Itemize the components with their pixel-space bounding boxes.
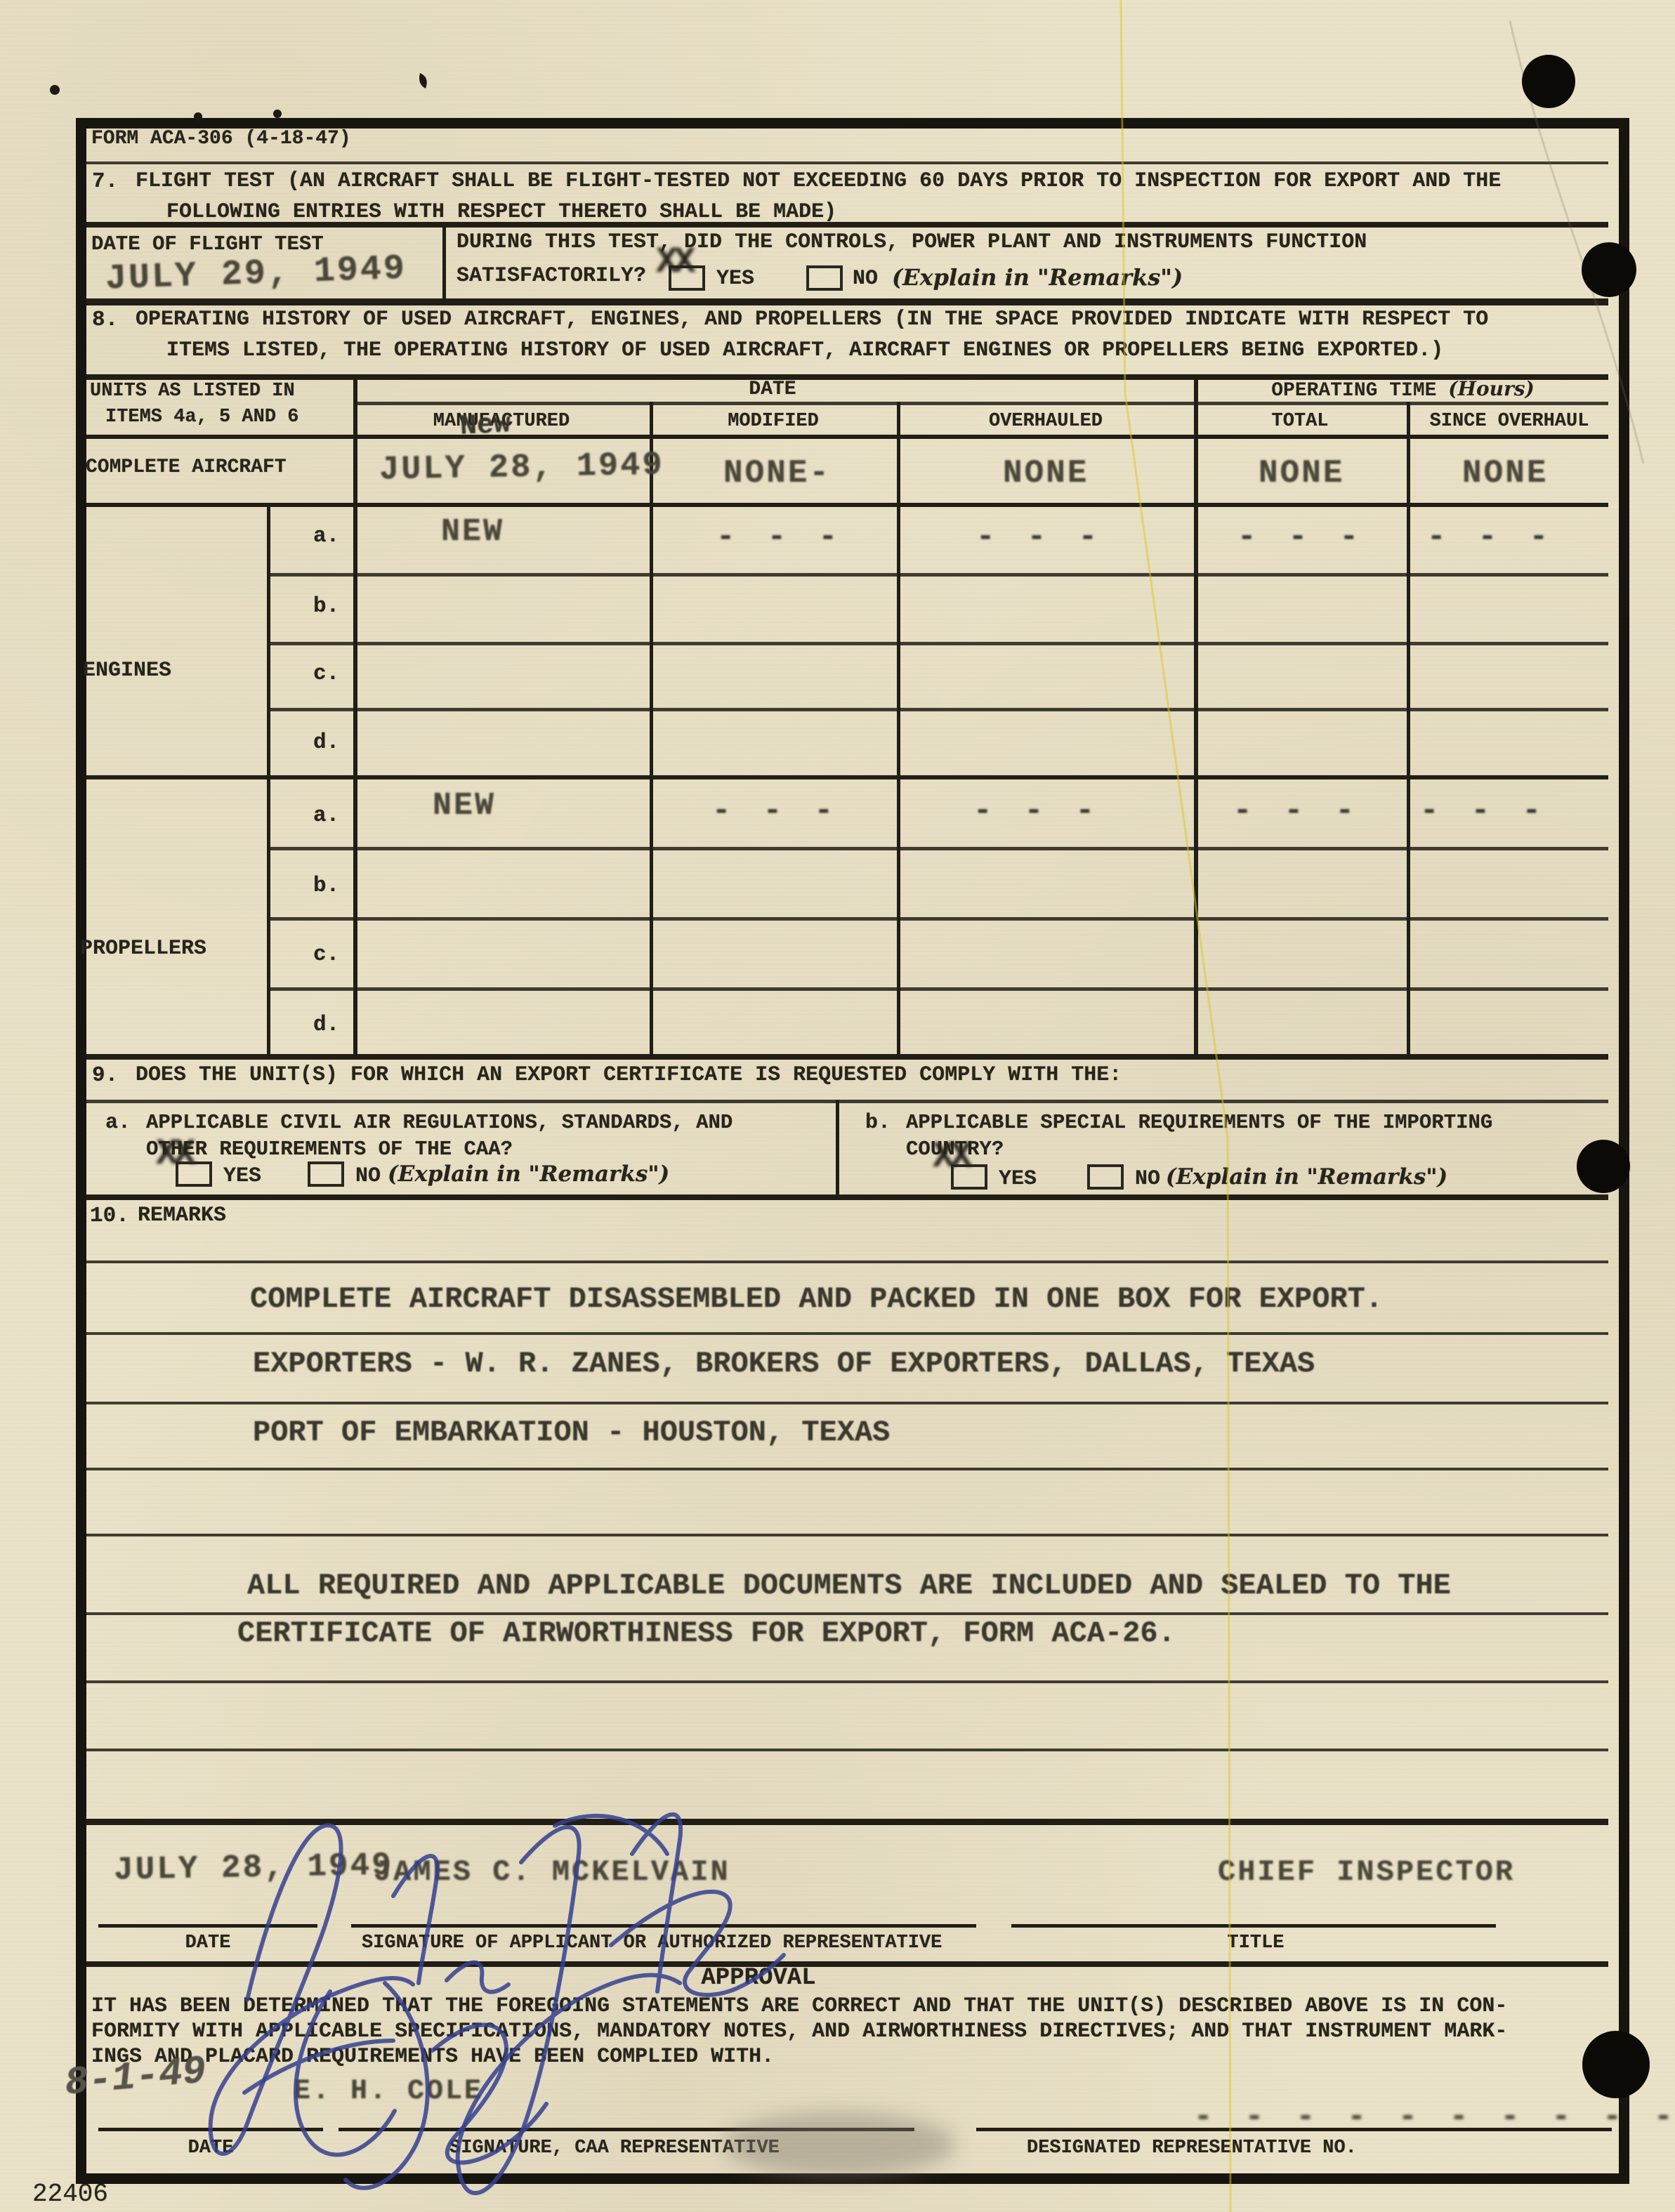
engines-a-total-value[interactable]: - - - bbox=[1237, 520, 1365, 555]
flight-test-explain-note: (Explain in "Remarks") bbox=[892, 264, 1183, 291]
applicant-title-label: TITLE bbox=[1227, 1933, 1284, 1954]
engines-group-label: ENGINES bbox=[83, 659, 171, 683]
section7-number: 7. bbox=[92, 169, 118, 194]
section9-number: 9. bbox=[92, 1063, 118, 1088]
rule bbox=[353, 402, 1608, 405]
designated-rep-label: DESIGNATED REPRESENTATIVE NO. bbox=[1027, 2138, 1357, 2159]
ruled-line bbox=[86, 1468, 1608, 1470]
cell-divider bbox=[442, 222, 446, 298]
complete-aircraft-manufactured-value[interactable]: JULY 28, 1949 bbox=[379, 447, 665, 489]
flight-test-yes-label: YES bbox=[716, 267, 754, 291]
approval-paragraph-line1: IT HAS BEEN DETERMINED THAT THE FOREGOIN… bbox=[91, 1994, 1507, 2018]
section9a-no-label: NO bbox=[355, 1164, 381, 1188]
section9a-yes-label: YES bbox=[223, 1164, 261, 1188]
engines-row-c-letter: c. bbox=[313, 661, 339, 686]
caa-representative-name-typed: E. H. COLE bbox=[294, 2076, 483, 2107]
section9b-no-label: NO bbox=[1135, 1167, 1160, 1191]
complete-aircraft-label: COMPLETE AIRCRAFT bbox=[86, 456, 287, 478]
applicant-date-label: DATE bbox=[185, 1933, 231, 1954]
propellers-a-manufactured-value[interactable]: NEW bbox=[433, 788, 496, 824]
col-divider-modified bbox=[897, 402, 900, 1058]
serial-number: 22406 bbox=[32, 2180, 108, 2208]
complete-aircraft-new-note: New bbox=[459, 409, 511, 443]
section8-number: 8. bbox=[92, 308, 118, 332]
complete-aircraft-modified-value[interactable]: NONE- bbox=[723, 455, 831, 492]
propellers-row-c-letter: c. bbox=[313, 942, 339, 967]
rule bbox=[86, 435, 1608, 439]
flight-test-no-label: NO bbox=[853, 267, 878, 291]
applicant-name-typed: JAMES C. MCKELVAIN bbox=[374, 1855, 730, 1889]
engines-a-since-value[interactable]: - - - bbox=[1427, 520, 1555, 555]
propellers-a-overhauled-value[interactable]: - - - bbox=[973, 794, 1101, 829]
propellers-row-b-letter: b. bbox=[313, 874, 339, 898]
since-overhaul-header: SINCE OVERHAUL bbox=[1430, 411, 1589, 432]
col-divider-manufactured bbox=[650, 402, 653, 1058]
propellers-row-a-letter: a. bbox=[313, 803, 339, 828]
flight-test-date-label: DATE OF FLIGHT TEST bbox=[91, 232, 324, 256]
approval-heading: APPROVAL bbox=[701, 1965, 815, 1992]
rule bbox=[86, 1961, 1608, 1967]
section10-label: REMARKS bbox=[138, 1204, 226, 1227]
section9-divider bbox=[836, 1100, 839, 1196]
ink-speck bbox=[419, 73, 427, 88]
flight-test-no-checkbox[interactable] bbox=[806, 265, 843, 291]
engines-row-a-letter: a. bbox=[313, 524, 339, 548]
ink-speck bbox=[50, 85, 60, 95]
ruled-line bbox=[86, 1332, 1608, 1335]
approval-date-label: DATE bbox=[188, 2138, 234, 2159]
hours-label: (Hours) bbox=[1448, 377, 1535, 400]
section9b-yes-checkbox[interactable] bbox=[951, 1164, 987, 1190]
col-divider-date-optime bbox=[1194, 374, 1198, 1058]
section9a-text-line2: OTHER REQUIREMENTS OF THE CAA? bbox=[146, 1138, 513, 1161]
engines-a-manufactured-value[interactable]: NEW bbox=[441, 514, 504, 550]
remarks-line4[interactable]: ALL REQUIRED AND APPLICABLE DOCUMENTS AR… bbox=[247, 1569, 1451, 1602]
total-header: TOTAL bbox=[1271, 411, 1328, 432]
propellers-row-d-letter: d. bbox=[313, 1013, 339, 1037]
rule bbox=[86, 1819, 1608, 1825]
ink-speck bbox=[273, 110, 282, 118]
scanned-form-aca-306: FORM ACA-306 (4-18-47) 7. FLIGHT TEST (A… bbox=[0, 0, 1675, 2212]
ruled-line bbox=[86, 1680, 1608, 1683]
section9b-yes-label: YES bbox=[999, 1167, 1037, 1191]
section10-number: 10. bbox=[90, 1204, 129, 1228]
section7-title-line2: FOLLOWING ENTRIES WITH RESPECT THERETO S… bbox=[166, 200, 836, 224]
date-header: DATE bbox=[749, 378, 796, 400]
rule bbox=[86, 298, 1608, 305]
section9b-text-line1: APPLICABLE SPECIAL REQUIREMENTS OF THE I… bbox=[906, 1111, 1492, 1134]
designated-rep-line[interactable] bbox=[976, 2128, 1612, 2131]
remarks-line2[interactable]: EXPORTERS - W. R. ZANES, BROKERS OF EXPO… bbox=[253, 1347, 1315, 1381]
section9-title: DOES THE UNIT(S) FOR WHICH AN EXPORT CER… bbox=[136, 1063, 1122, 1087]
complete-aircraft-overhauled-value[interactable]: NONE bbox=[1003, 455, 1089, 492]
section9a-explain-note: (Explain in "Remarks") bbox=[388, 1161, 669, 1187]
engines-a-modified-value[interactable]: - - - bbox=[716, 520, 844, 555]
section7-title-line1: FLIGHT TEST (AN AIRCRAFT SHALL BE FLIGHT… bbox=[136, 169, 1501, 193]
remarks-line3[interactable]: PORT OF EMBARKATION - HOUSTON, TEXAS bbox=[253, 1416, 890, 1449]
applicant-title-value[interactable]: CHIEF INSPECTOR bbox=[1218, 1855, 1515, 1889]
units-header-line1: UNITS AS LISTED IN bbox=[90, 381, 295, 402]
title-signature-line[interactable] bbox=[1011, 1924, 1496, 1928]
table-bottom-rule bbox=[86, 1054, 1608, 1060]
scan-smudge bbox=[723, 2112, 955, 2177]
engines-row-d-letter: d. bbox=[313, 730, 339, 755]
modified-header: MODIFIED bbox=[728, 411, 819, 432]
approval-date-line[interactable] bbox=[98, 2128, 323, 2131]
form-number: FORM ACA-306 (4-18-47) bbox=[91, 128, 351, 150]
rule bbox=[86, 775, 1608, 779]
propellers-a-total-value[interactable]: - - - bbox=[1233, 794, 1361, 829]
section9b-no-checkbox[interactable] bbox=[1087, 1164, 1124, 1190]
operating-time-label: OPERATING TIME bbox=[1271, 380, 1448, 402]
operating-time-header: OPERATING TIME (Hours) bbox=[1194, 377, 1612, 402]
applicant-signature-line[interactable] bbox=[351, 1924, 976, 1928]
date-signature-line[interactable] bbox=[98, 1924, 317, 1928]
section9a-no-checkbox[interactable] bbox=[308, 1161, 344, 1187]
overhauled-header: OVERHAULED bbox=[989, 411, 1103, 432]
engines-row-b-letter: b. bbox=[313, 594, 339, 619]
rule bbox=[86, 1100, 1608, 1103]
applicant-date-value[interactable]: JULY 28, 1949 bbox=[114, 1848, 394, 1889]
col-divider-units bbox=[353, 374, 357, 1058]
section9a-yes-checkbox[interactable] bbox=[176, 1161, 212, 1187]
engines-a-overhauled-value[interactable]: - - - bbox=[976, 520, 1104, 555]
section8-title-line2: ITEMS LISTED, THE OPERATING HISTORY OF U… bbox=[166, 338, 1443, 362]
flight-test-question-line1: DURING THIS TEST, DID THE CONTROLS, POWE… bbox=[456, 230, 1367, 254]
rule bbox=[86, 162, 1608, 164]
propellers-a-modified-value[interactable]: - - - bbox=[712, 794, 840, 829]
flight-test-question-line2: SATISFACTORILY? bbox=[456, 264, 646, 288]
rule bbox=[86, 222, 1608, 228]
ruled-line bbox=[86, 1534, 1608, 1536]
ruled-line bbox=[86, 1612, 1608, 1615]
approval-paragraph-line2: FORMITY WITH APPLICABLE SPECIFICATIONS, … bbox=[91, 2020, 1507, 2043]
rule bbox=[86, 503, 1608, 507]
punch-hole bbox=[1522, 55, 1575, 108]
applicant-signature-label: SIGNATURE OF APPLICANT OR AUTHORIZED REP… bbox=[362, 1933, 942, 1954]
complete-aircraft-since-value[interactable]: NONE bbox=[1462, 455, 1548, 492]
remarks-line5[interactable]: CERTIFICATE OF AIRWORTHINESS FOR EXPORT,… bbox=[237, 1617, 1176, 1650]
section9a-number: a. bbox=[105, 1111, 131, 1135]
section9a-text-line1: APPLICABLE CIVIL AIR REGULATIONS, STANDA… bbox=[146, 1111, 733, 1134]
ruled-line bbox=[86, 1749, 1608, 1751]
units-header-line2: ITEMS 4a, 5 AND 6 bbox=[105, 407, 298, 428]
col-divider-letter bbox=[267, 503, 270, 1058]
flight-test-yes-mark: XX bbox=[656, 242, 691, 283]
propellers-group-label: PROPELLERS bbox=[80, 937, 206, 961]
ruled-line bbox=[86, 1402, 1608, 1404]
complete-aircraft-total-value[interactable]: NONE bbox=[1259, 455, 1344, 492]
section8-title-line1: OPERATING HISTORY OF USED AIRCRAFT, ENGI… bbox=[136, 308, 1488, 331]
remarks-line1[interactable]: COMPLETE AIRCRAFT DISASSEMBLED AND PACKE… bbox=[250, 1282, 1383, 1316]
section9b-number: b. bbox=[865, 1111, 891, 1135]
propellers-a-since-value[interactable]: - - - bbox=[1420, 794, 1548, 829]
rule bbox=[86, 1194, 1608, 1200]
ruled-line bbox=[86, 1260, 1608, 1263]
section9b-explain-note: (Explain in "Remarks") bbox=[1166, 1164, 1447, 1190]
col-divider-total bbox=[1407, 402, 1410, 1058]
